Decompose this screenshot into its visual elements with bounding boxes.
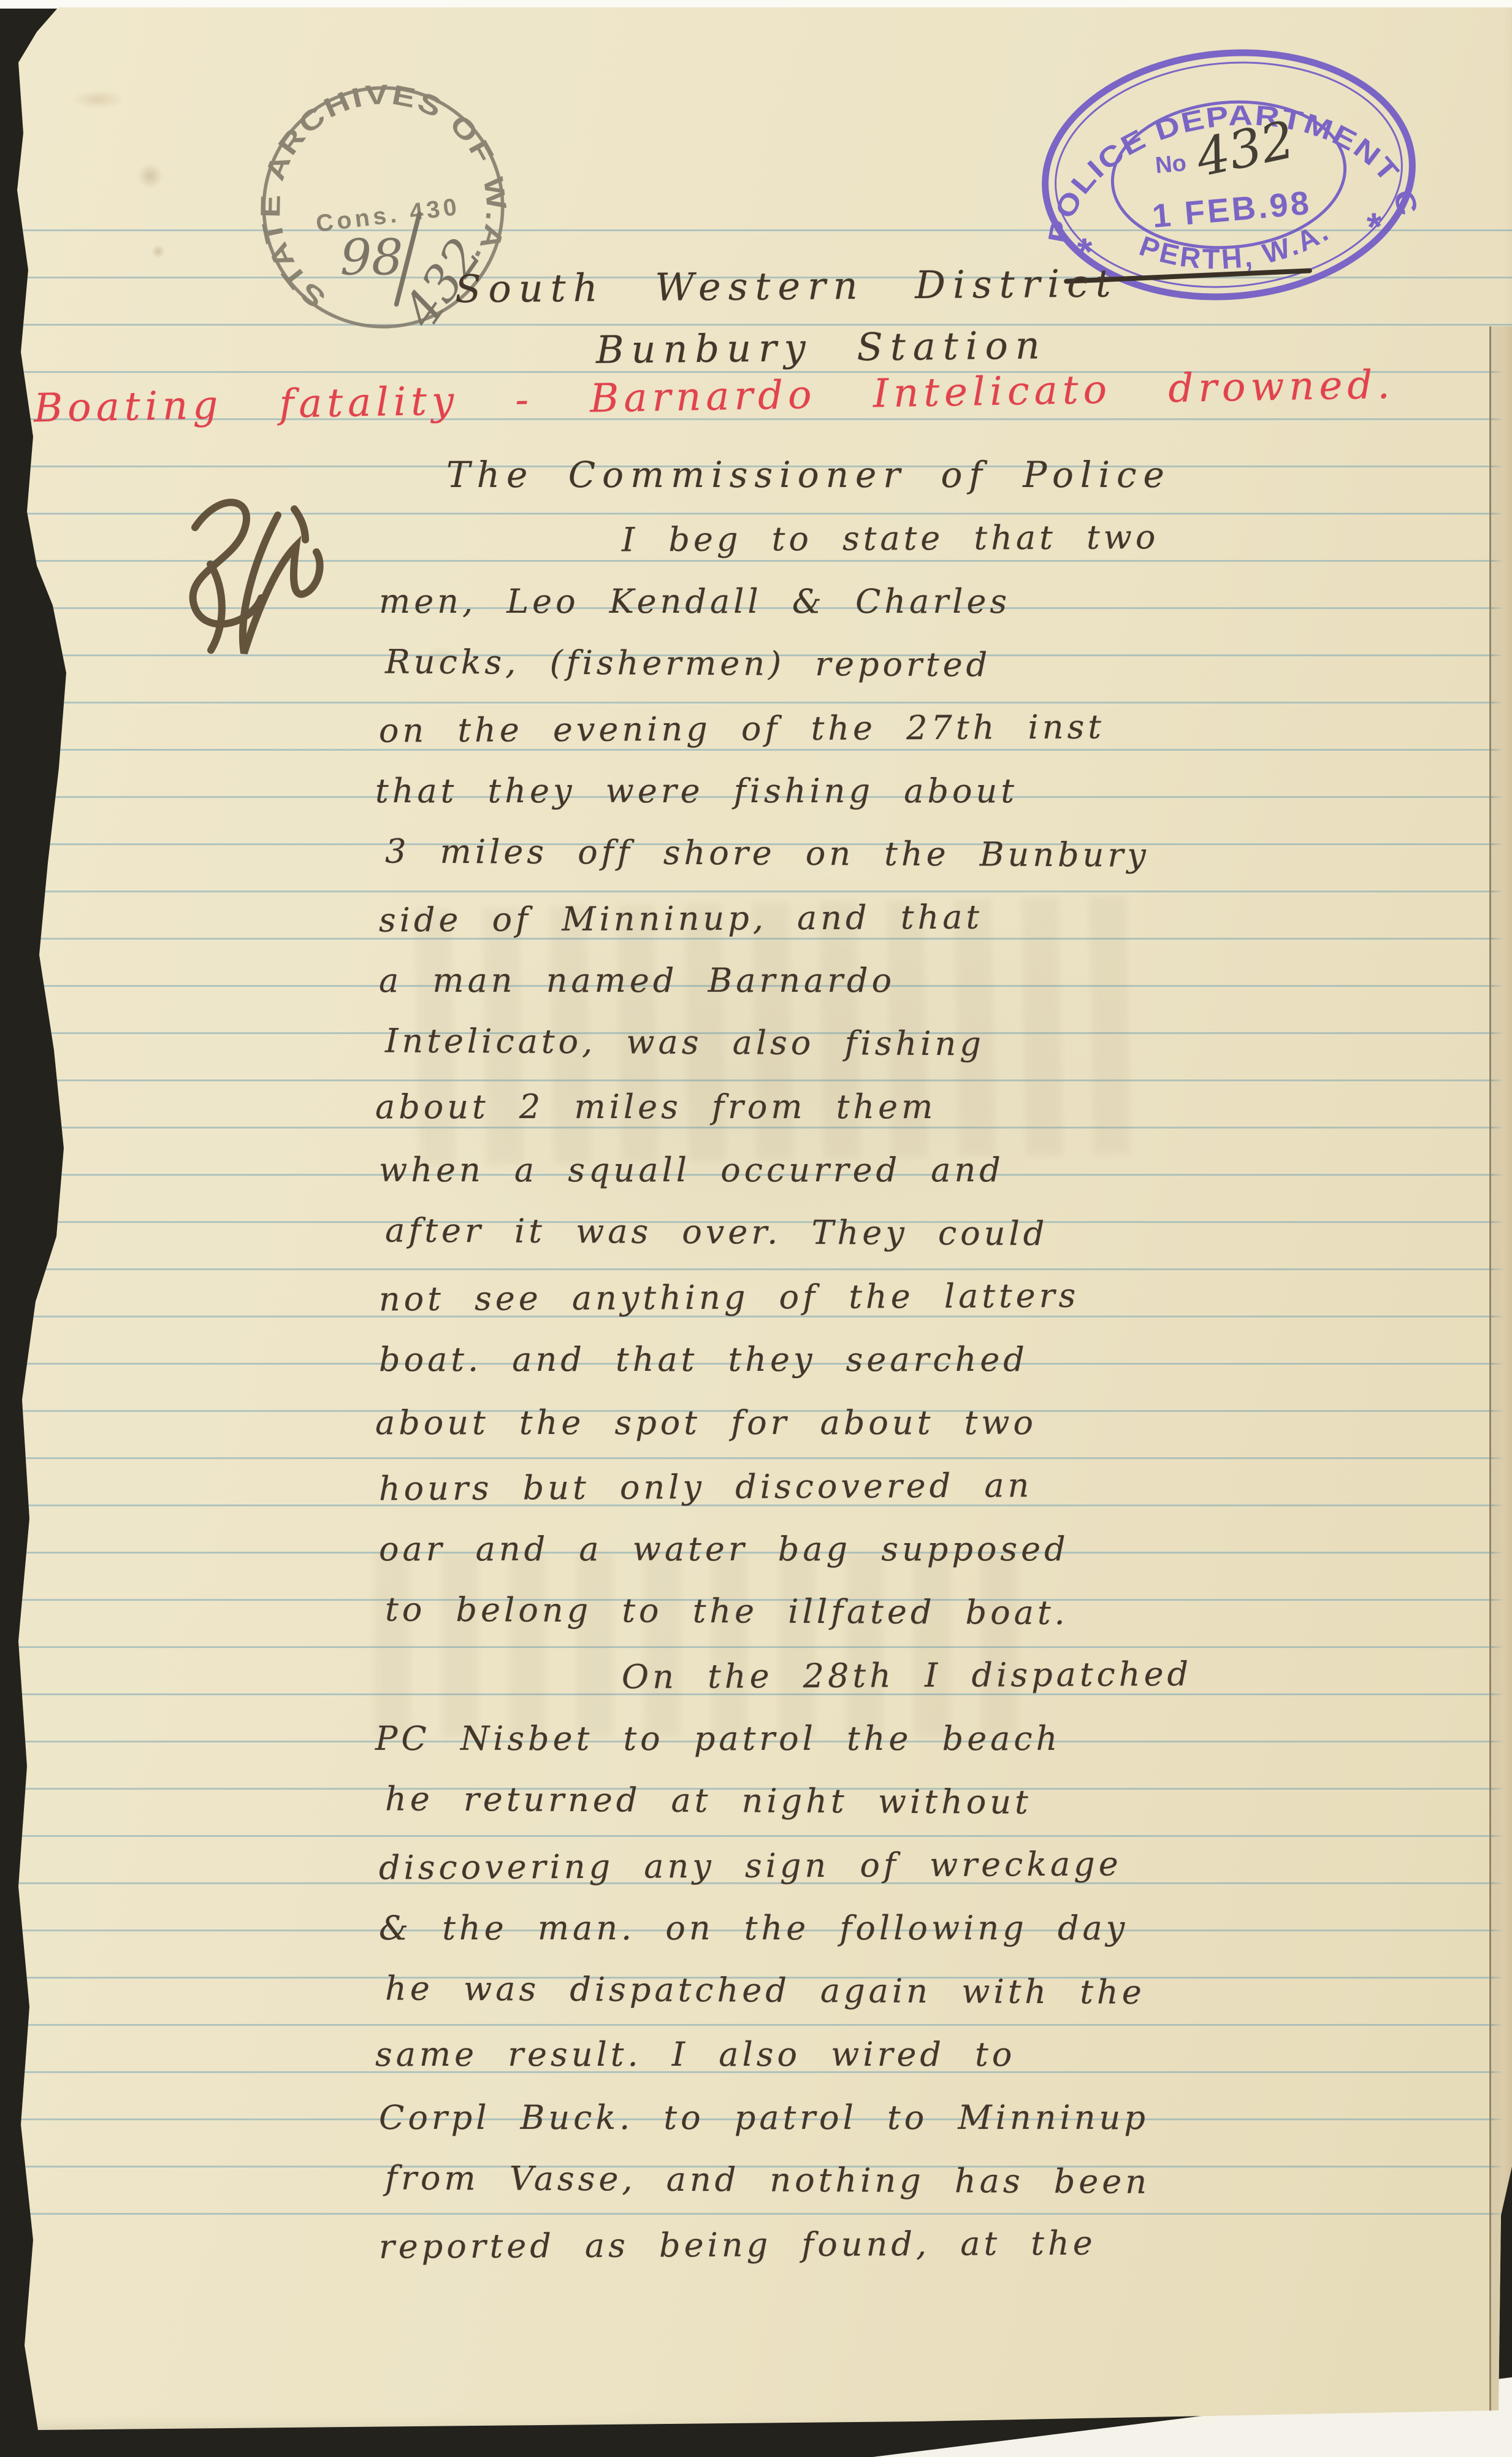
- body-line: side of Minninup, and that: [379, 895, 1483, 964]
- body-line: on the evening of the 27th inst: [379, 705, 1483, 774]
- body-line: Corpl Buck. to patrol to Minninup: [379, 2098, 1483, 2161]
- body-line: 3 miles off shore on the Bunbury: [385, 832, 1489, 900]
- station-heading: Bunbury Station: [596, 323, 1048, 372]
- letter-paper: STATE ARCHIVES OF W.A. Cons. 430 98 432 …: [0, 7, 1512, 2436]
- page-edge-shadow: [1489, 326, 1512, 2412]
- body-line: he returned at night without: [385, 1779, 1489, 1848]
- archives-handwritten-year: 98: [340, 229, 403, 286]
- body-line: oar and a water bag supposed: [379, 1530, 1483, 1593]
- body-line: a man named Barnardo: [379, 961, 1483, 1024]
- body-line: from Vasse, and nothing has been: [385, 2158, 1489, 2227]
- body-line: that they were fishing about: [375, 772, 1479, 835]
- body-line: about the spot for about two: [375, 1403, 1479, 1466]
- body-line: to belong to the illfated boat.: [385, 1590, 1489, 1658]
- body-line: he was dispatched again with the: [385, 1969, 1489, 2037]
- body-line: discovering any sign of wreckage: [379, 1842, 1483, 1911]
- body-line: when a squall occurred and: [379, 1151, 1483, 1214]
- body-line: PC Nisbet to patrol the beach: [375, 1719, 1479, 1782]
- body-line: hours but only discovered an: [379, 1463, 1483, 1532]
- salutation-line: The Commissioner of Police: [446, 454, 1171, 496]
- body-line: Intelicato, was also fishing: [385, 1021, 1489, 1090]
- body-line: boat. and that they searched: [379, 1340, 1483, 1403]
- body-line: reported as being found, at the: [379, 2221, 1483, 2290]
- body-line: men, Leo Kendall & Charles: [379, 582, 1483, 645]
- initials-monogram: [152, 472, 336, 669]
- body-line: I beg to state that two: [379, 516, 1483, 585]
- district-heading: South Western District: [455, 261, 1118, 311]
- body-line: about 2 miles from them: [375, 1087, 1479, 1151]
- body-line: & the man. on the following day: [379, 1909, 1483, 1972]
- body-line: Rucks, (fishermen) reported: [385, 642, 1489, 711]
- body-line: On the 28th I dispatched: [379, 1653, 1483, 1722]
- body-line: after it was over. They could: [385, 1211, 1489, 1279]
- body-line: same result. I also wired to: [375, 2035, 1479, 2098]
- police-stamp-date: 1 FEB.98: [1151, 185, 1313, 235]
- scanner-edge-top: [0, 0, 1512, 9]
- police-stamp-no-label: No: [1154, 150, 1187, 178]
- scanned-document-page: STATE ARCHIVES OF W.A. Cons. 430 98 432 …: [0, 0, 1512, 2457]
- police-stamp-star-right-icon: *: [1365, 204, 1384, 250]
- body-lines: I beg to state that twomen, Leo Kendall …: [379, 519, 1483, 2288]
- body-line: not see anything of the latters: [379, 1274, 1483, 1343]
